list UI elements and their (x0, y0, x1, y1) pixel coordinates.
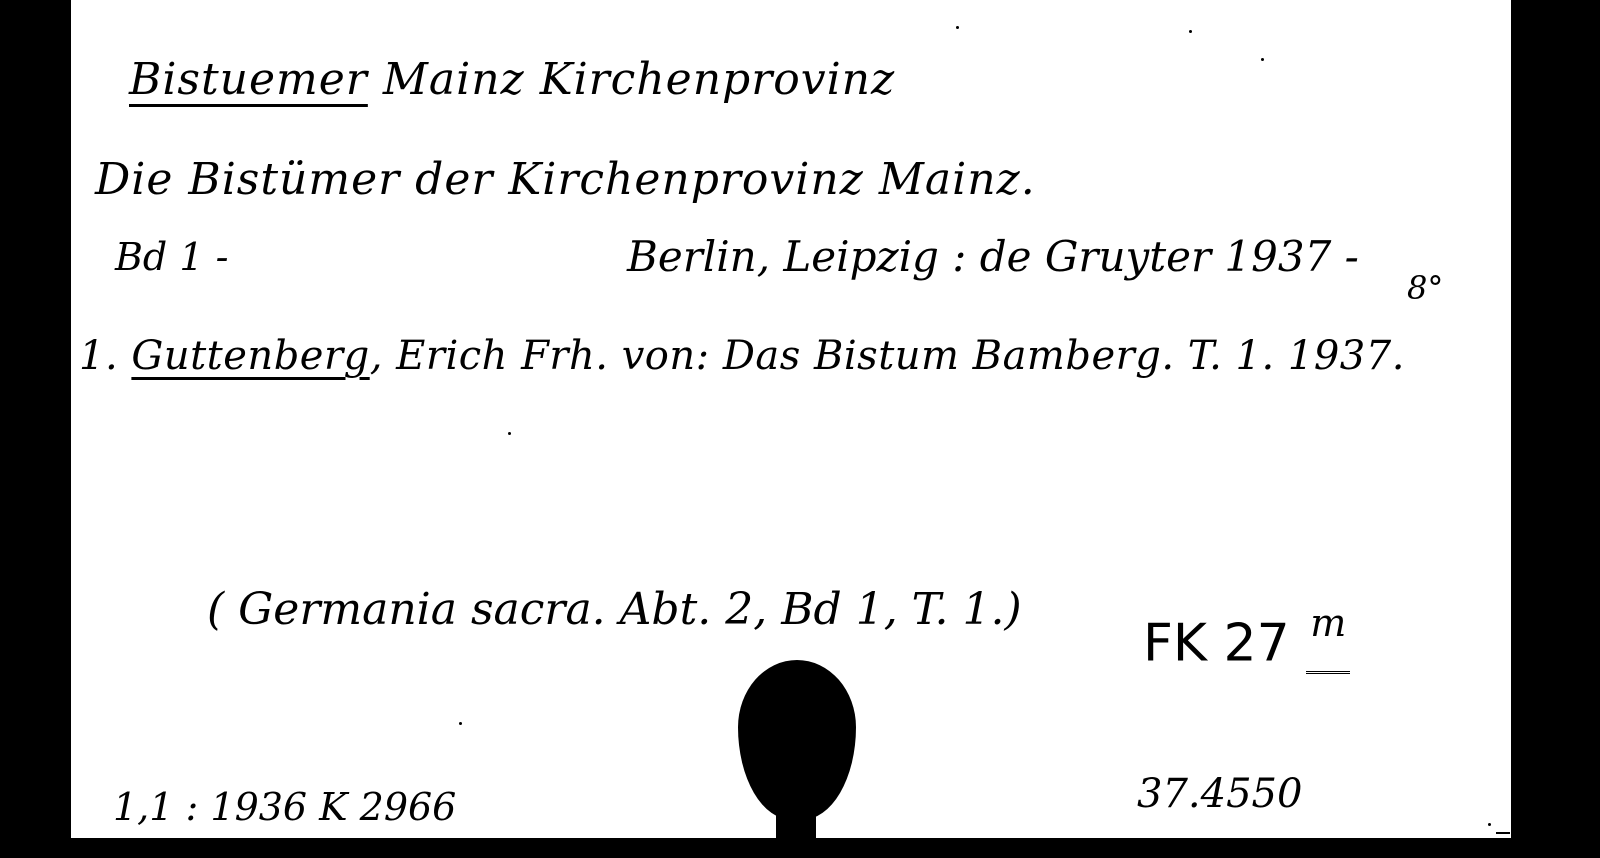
accession-number: 37.4550 (1137, 774, 1302, 814)
ink-speck (459, 722, 462, 725)
contents-number: 1. (79, 333, 118, 379)
edge-mark (1496, 832, 1510, 834)
contents-author: Guttenberg (131, 333, 369, 379)
format-size: 8° (1407, 272, 1443, 304)
heading-keyword: Bistuemer (129, 54, 368, 105)
imprint: Berlin, Leipzig : de Gruyter 1937 - (627, 236, 1359, 278)
volume-designation: Bd 1 - (115, 238, 228, 276)
punch-hole-bulb (738, 660, 856, 820)
holding-note: 1,1 : 1936 K 2966 (113, 788, 456, 826)
ink-speck (956, 26, 959, 29)
ink-speck (1488, 823, 1491, 826)
ink-speck (508, 432, 511, 435)
card-heading: Bistuemer Mainz Kirchenprovinz (129, 58, 895, 102)
shelfmark-main: FK 27 (1143, 613, 1290, 673)
ink-speck (1189, 30, 1192, 33)
heading-rest: Mainz Kirchenprovinz (383, 54, 895, 105)
scanned-catalog-card: Bistuemer Mainz Kirchenprovinz Die Bistü… (0, 0, 1600, 858)
punch-hole (738, 660, 856, 858)
contents-entry: 1. Guttenberg, Erich Frh. von: Das Bistu… (79, 336, 1405, 376)
ink-speck (1261, 58, 1264, 61)
shelfmark-superscript: m (1310, 601, 1346, 645)
contents-text: , Erich Frh. von: Das Bistum Bamberg. T.… (370, 333, 1405, 379)
shelfmark: FK 27 m (1143, 610, 1350, 674)
punch-hole-stem (776, 800, 816, 858)
series-note: ( Germania sacra. Abt. 2, Bd 1, T. 1.) (207, 588, 1022, 632)
card-title: Die Bistümer der Kirchenprovinz Mainz. (95, 158, 1036, 202)
